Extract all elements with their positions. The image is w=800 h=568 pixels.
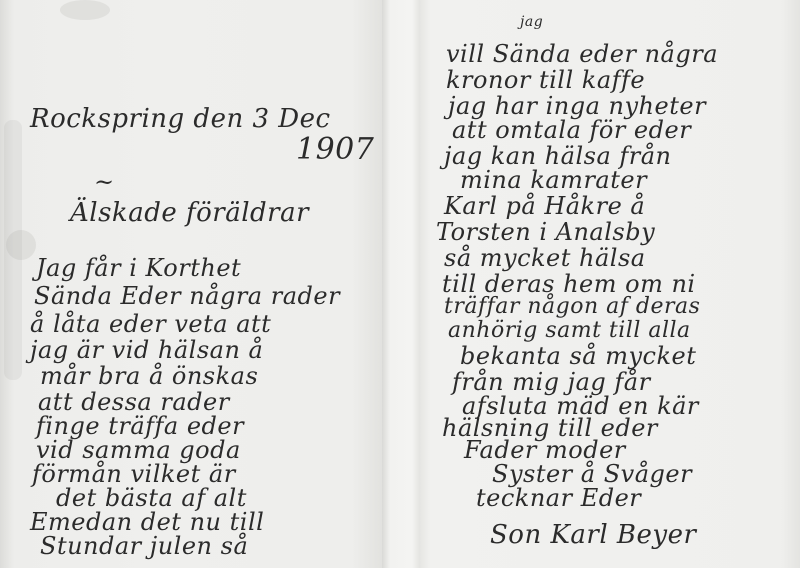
body-line: träffar någon af deras: [444, 294, 700, 319]
body-line: bekanta så mycket: [460, 342, 696, 370]
letter-scan: Rockspring den 3 Dec 1907 ~ Älskade förä…: [0, 0, 800, 568]
letter-dateline: Rockspring den 3 Dec: [30, 104, 331, 134]
body-line: mår bra å önskas: [40, 362, 258, 390]
body-line: vill Sända eder några: [446, 40, 718, 68]
body-line: Karl på Håkre å: [444, 192, 645, 220]
body-line: å låta eder veta att: [30, 310, 271, 338]
letter-year: 1907: [296, 132, 374, 167]
letter-signature: Son Karl Beyer: [490, 520, 696, 550]
insertion-mark: jag: [520, 14, 543, 30]
body-line: Jag får i Korthet: [36, 254, 241, 282]
body-line: Stundar julen så: [40, 532, 248, 560]
body-line: Torsten i Analsby: [436, 218, 655, 246]
tilde-mark: ~: [94, 168, 115, 196]
body-line: så mycket hälsa: [444, 244, 646, 272]
closing-phrase: tecknar Eder: [476, 484, 641, 512]
body-line: Sända Eder några rader: [34, 282, 340, 310]
letter-salutation: Älskade föräldrar: [70, 198, 309, 228]
body-line: anhörig samt till alla: [448, 318, 691, 343]
body-line: jag är vid hälsan å: [30, 336, 263, 364]
body-line: kronor till kaffe: [446, 66, 645, 94]
left-page: Rockspring den 3 Dec 1907 ~ Älskade förä…: [0, 0, 382, 568]
body-line: att omtala för eder: [452, 116, 691, 144]
paper-stain: [60, 0, 110, 20]
right-page: jag vill Sända eder några kronor till ka…: [420, 0, 800, 568]
page-gutter: [382, 0, 420, 568]
body-line: mina kamrater: [460, 166, 647, 194]
paper-stain: [6, 230, 36, 260]
